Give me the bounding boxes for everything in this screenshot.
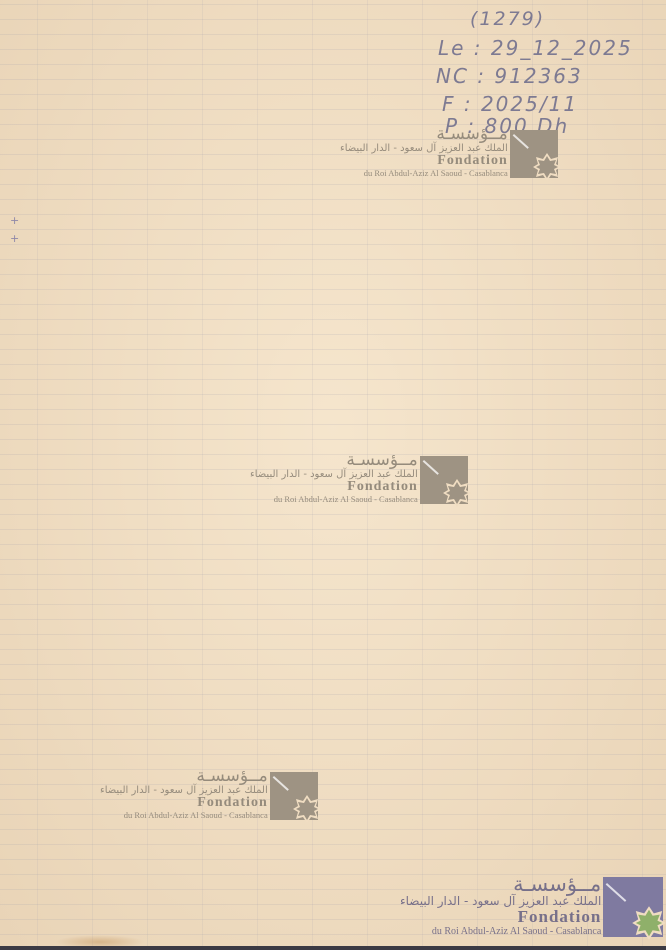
stamp-french-subtitle: du Roi Abdul-Aziz Al Saoud - Casablanca [124,811,268,820]
foundation-stamp: مــؤسسـة الملك عبد العزيز آل سعود - الدا… [340,126,558,178]
foundation-stamp-color: مــؤسسـة الملك عبد العزيز آل سعود - الدا… [400,874,663,937]
stamp-french-title: Fondation [518,908,602,926]
page-edge [0,946,666,950]
foundation-logo-icon [270,772,318,820]
margin-mark: + + [10,212,20,252]
stamp-arabic-title: مــؤسسـة [346,452,417,469]
stamp-french-subtitle: du Roi Abdul-Aziz Al Saoud - Casablanca [432,926,601,937]
handwritten-date: Le : 29_12_2025 [438,36,633,60]
stamp-arabic-title: مــؤسسـة [196,768,267,785]
stamp-french-subtitle: du Roi Abdul-Aziz Al Saoud - Casablanca [274,495,418,504]
handwritten-nc: NC : 912363 [436,64,583,88]
foundation-logo-icon [603,877,663,937]
foundation-logo-icon [510,130,558,178]
stamp-french-title: Fondation [437,154,507,169]
stamp-french-title: Fondation [197,796,267,811]
foundation-logo-icon [420,456,468,504]
stamp-arabic-title: مــؤسسـة [436,126,507,143]
foundation-stamp: مــؤسسـة الملك عبد العزيز آل سعود - الدا… [100,768,318,820]
stamp-french-subtitle: du Roi Abdul-Aziz Al Saoud - Casablanca [364,169,508,178]
handwritten-reference: (1279) [470,8,545,30]
foundation-stamp: مــؤسسـة الملك عبد العزيز آل سعود - الدا… [250,452,468,504]
stamp-arabic-title: مــؤسسـة [513,874,601,895]
stamp-french-title: Fondation [347,480,417,495]
handwritten-f: F : 2025/11 [442,92,578,116]
notebook-page: + + (1279) Le : 29_12_2025 NC : 912363 F… [0,0,666,950]
